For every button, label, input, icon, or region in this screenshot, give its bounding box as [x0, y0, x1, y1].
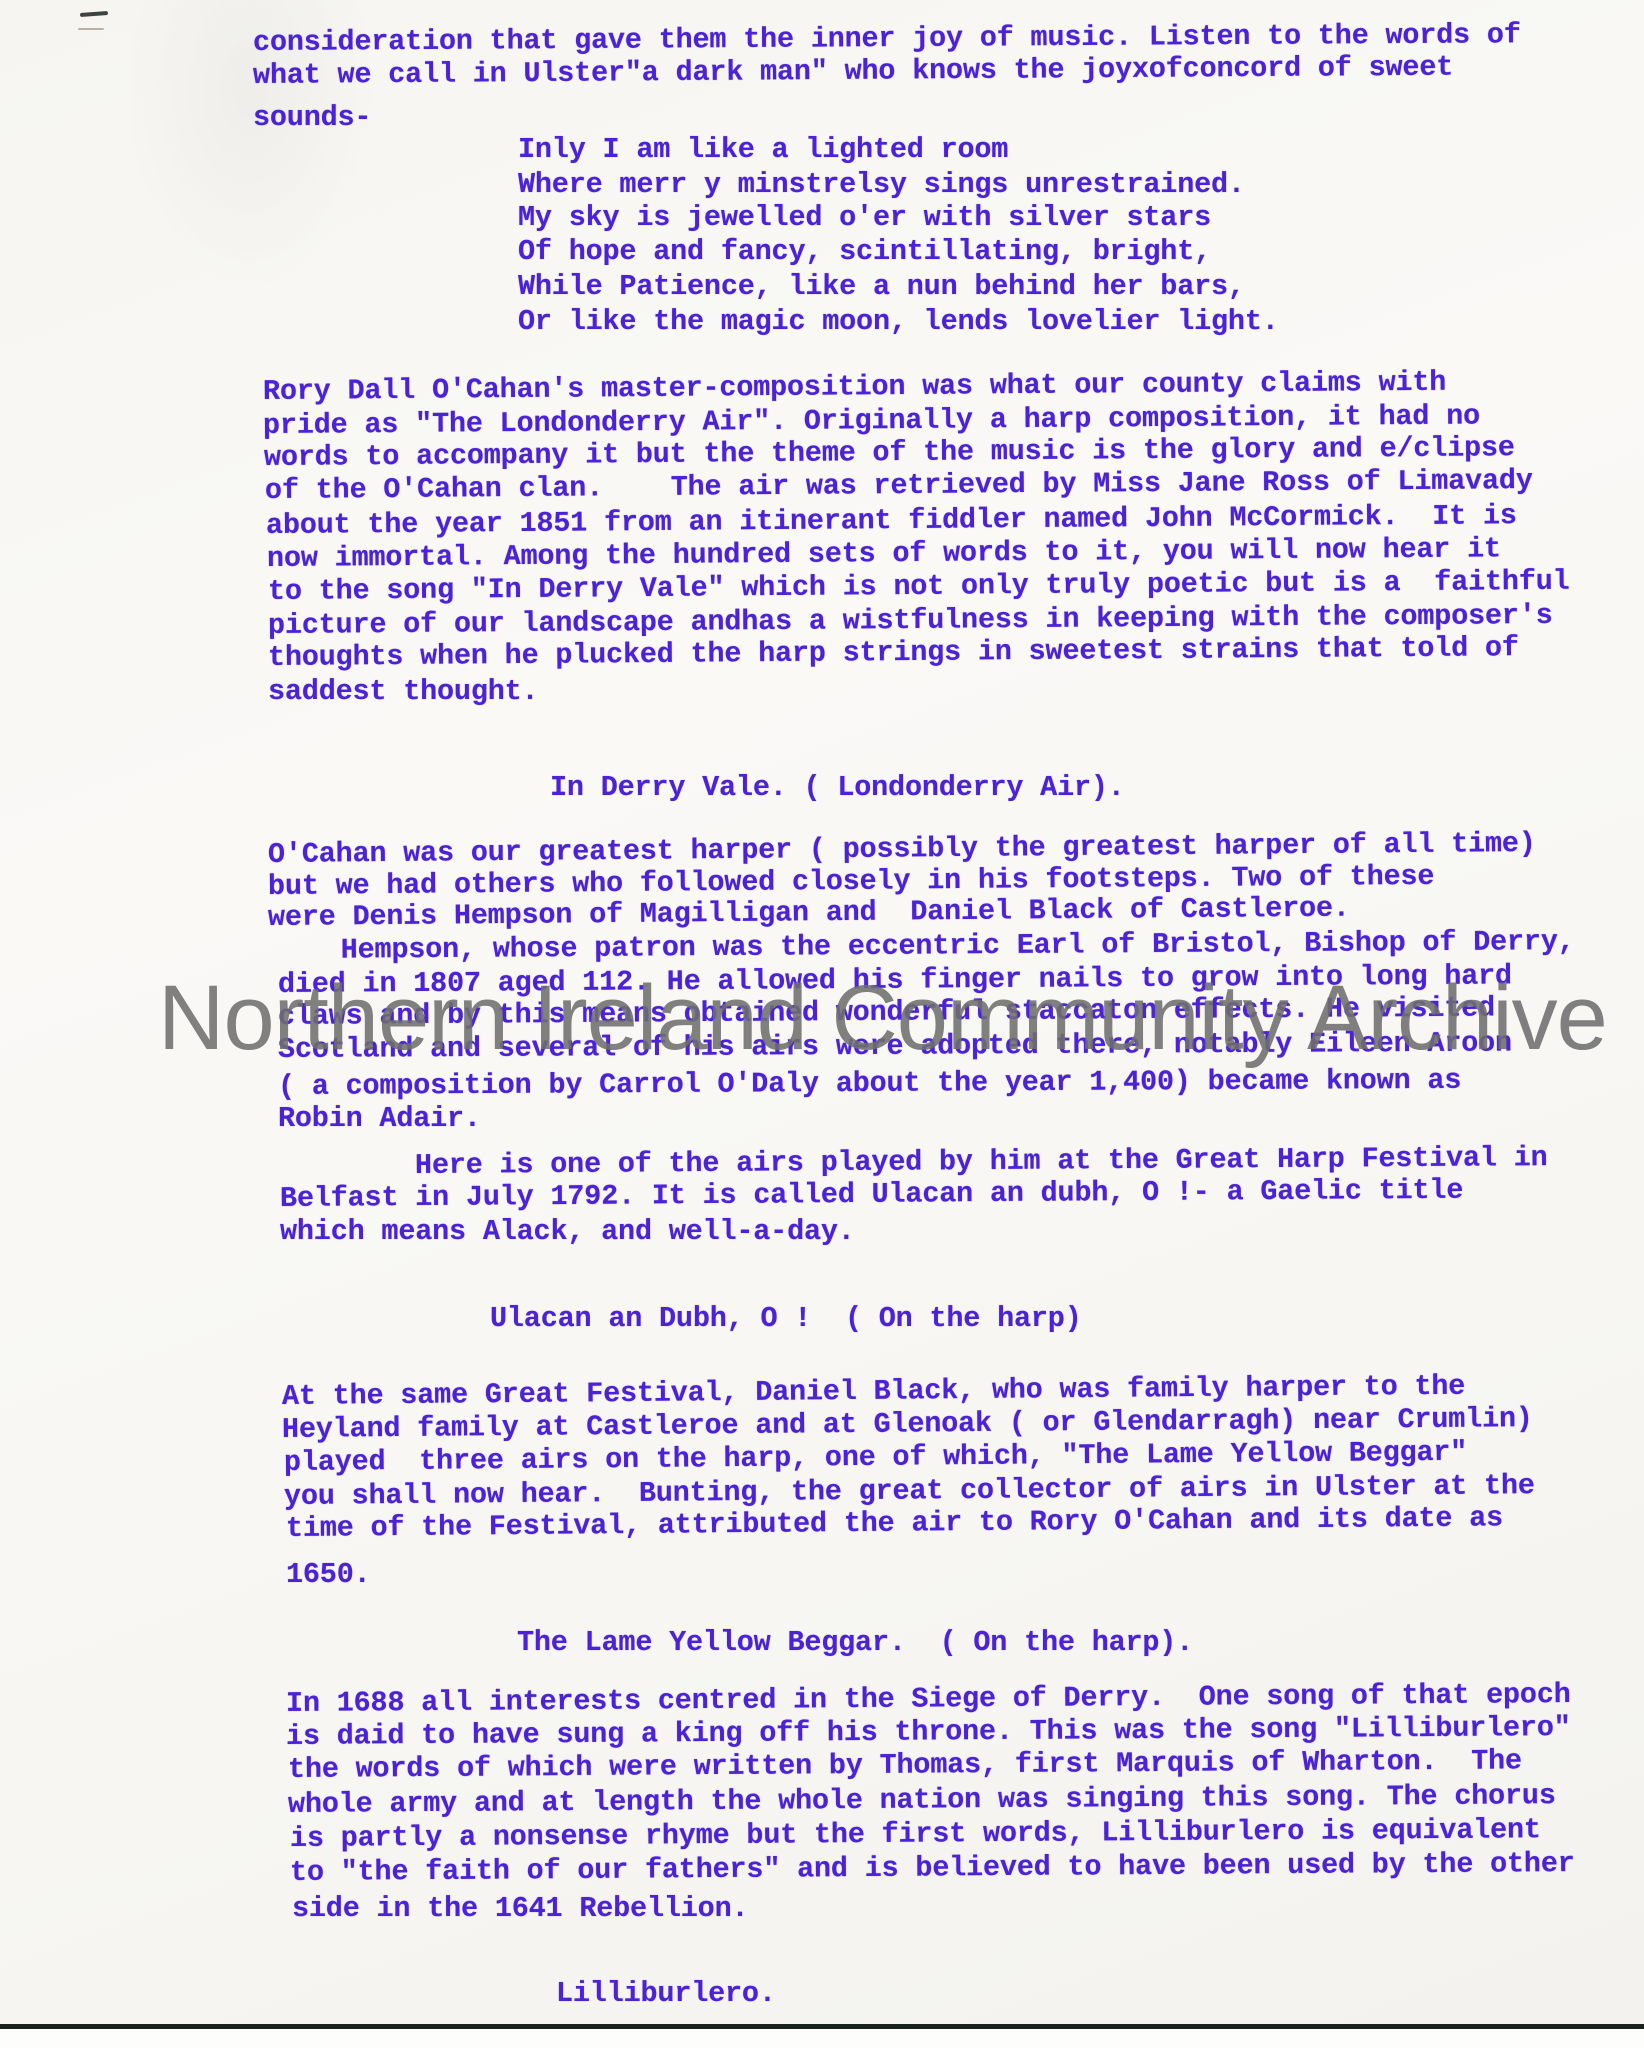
body-line: which means Alack, and well-a-day.	[280, 1216, 855, 1248]
song-title-lilliburlero: Lilliburlero.	[556, 1978, 776, 2010]
body-line: ( a composition by Carrol O'Daly about t…	[278, 1065, 1461, 1103]
staple-mark	[80, 11, 108, 17]
poem-line: While Patience, like a nun behind her ba…	[518, 271, 1245, 303]
song-title-ulacan: Ulacan an Dubh, O ! ( On the harp)	[490, 1303, 1082, 1335]
poem-line: Inly I am like a lighted room	[518, 134, 1008, 166]
body-line: saddest thought.	[268, 676, 538, 708]
body-line: 1650.	[286, 1559, 371, 1591]
song-title-derry-vale: In Derry Vale. ( Londonderry Air).	[550, 772, 1125, 804]
body-line: to "the faith of our fathers" and is bel…	[290, 1848, 1575, 1889]
intro-line: what we call in Ulster"a dark man" who k…	[253, 52, 1453, 92]
body-line: Robin Adair.	[278, 1103, 481, 1135]
typed-page: consideration that gave them the inner j…	[0, 0, 1644, 2029]
archive-watermark: Northern Ireland Community Archive	[158, 968, 1607, 1068]
body-line: Belfast in July 1792. It is called Ulaca…	[280, 1175, 1463, 1215]
song-title-lame-yellow-beggar: The Lame Yellow Beggar. ( On the harp).	[517, 1627, 1193, 1659]
poem-line: My sky is jewelled o'er with silver star…	[518, 202, 1211, 234]
poem-line: Or like the magic moon, lends lovelier l…	[518, 306, 1279, 338]
poem-line: Where merr y minstrelsy sings unrestrain…	[518, 169, 1245, 201]
poem-line: Of hope and fancy, scintillating, bright…	[518, 236, 1211, 268]
body-line: side in the 1641 Rebellion.	[292, 1893, 748, 1925]
intro-line: sounds-	[253, 102, 371, 134]
staple-mark-faint	[78, 28, 104, 30]
